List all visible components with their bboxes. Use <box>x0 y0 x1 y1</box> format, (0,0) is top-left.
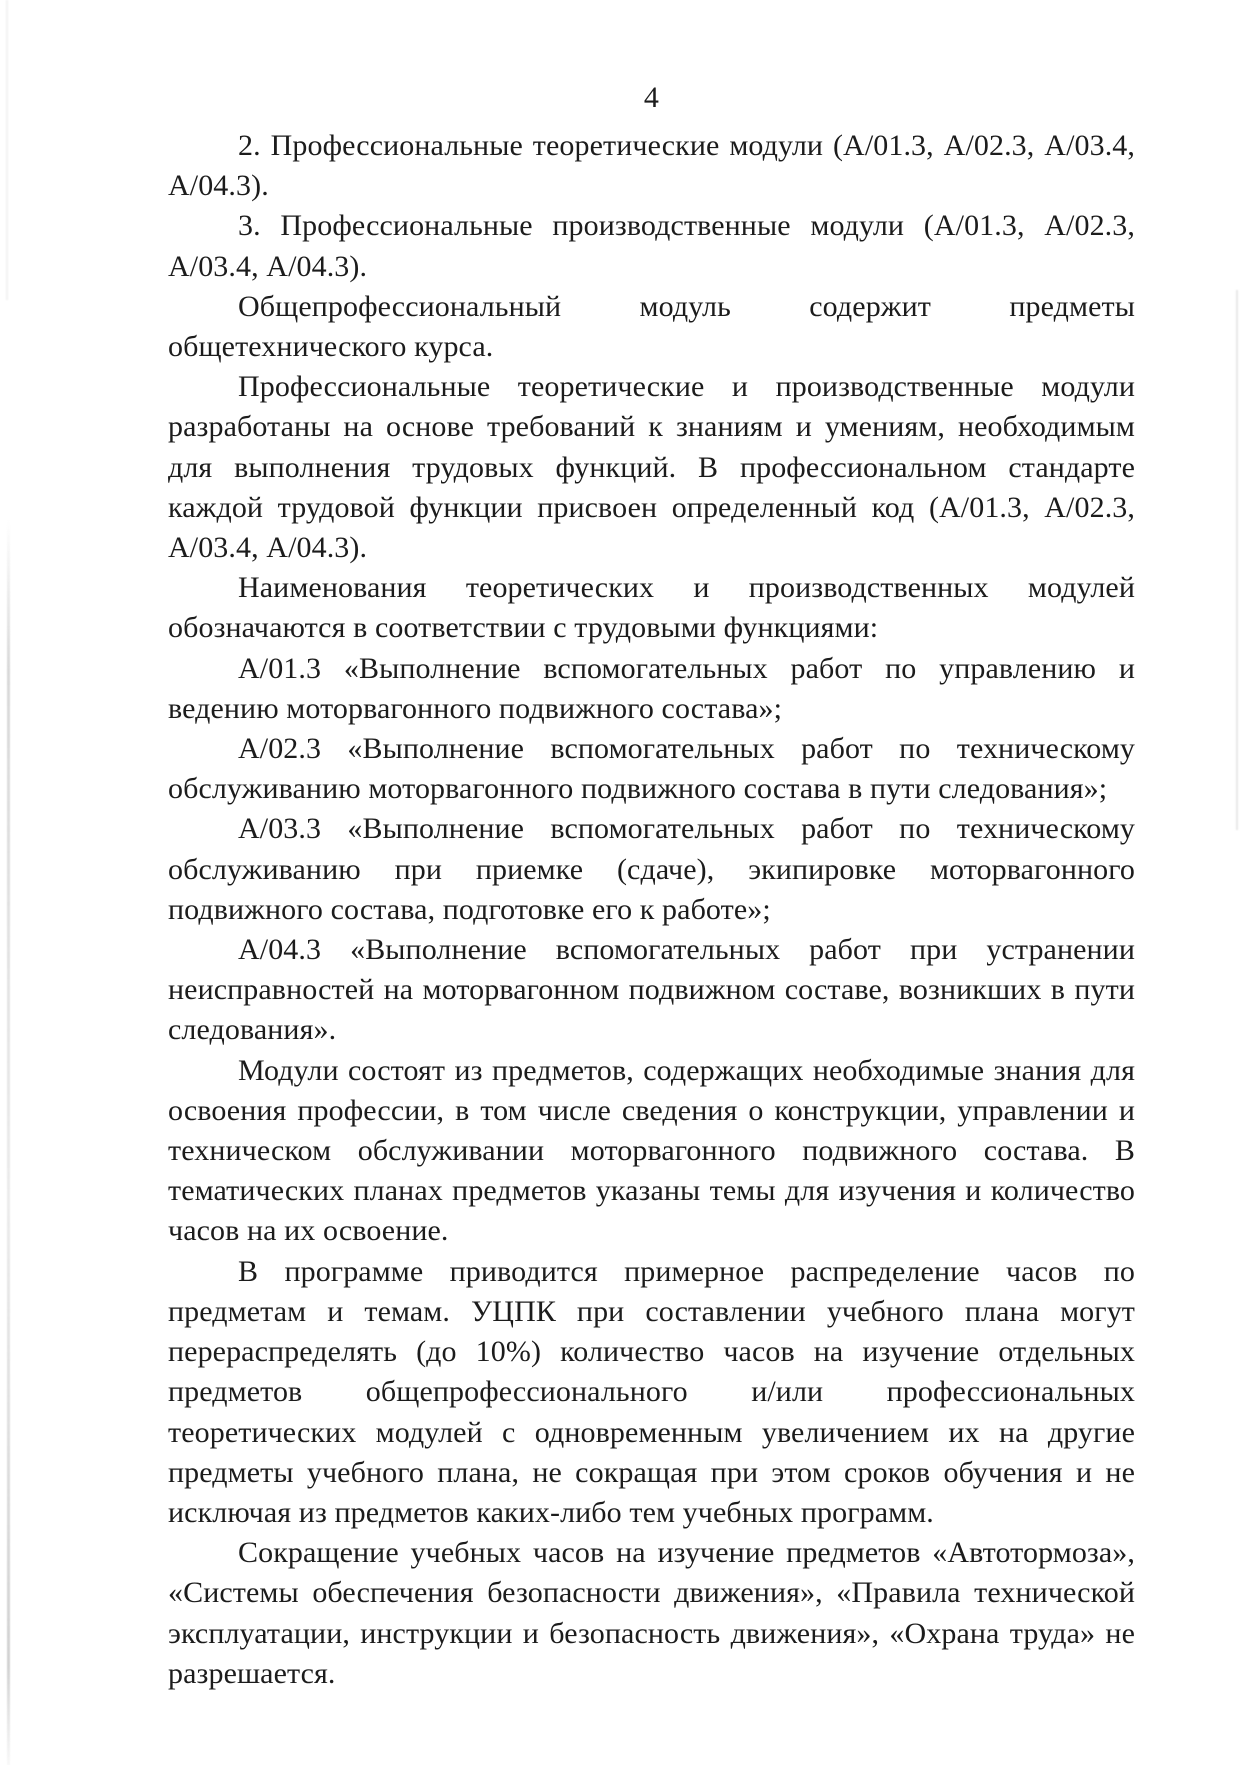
paragraph-list-item-3: 3. Профессиональные производственные мод… <box>168 206 1135 286</box>
scan-artifact-left-edge-top <box>6 0 8 300</box>
paragraph-code-a02: А/02.3 «Выполнение вспомогательных работ… <box>168 729 1135 809</box>
paragraph-hours-distribution: В программе приводится примерное распред… <box>168 1252 1135 1533</box>
document-body: 2. Профессиональные теоретические модули… <box>168 126 1135 1694</box>
scan-artifact-left-edge <box>7 520 10 1765</box>
page-number: 4 <box>168 80 1135 116</box>
paragraph-module-naming: Наименования теоретических и производств… <box>168 568 1135 648</box>
paragraph-general-module: Общепрофессиональный модуль содержит пре… <box>168 287 1135 367</box>
document-page: 4 2. Профессиональные теоретические моду… <box>0 0 1255 1765</box>
paragraph-hours-reduction-ban: Сокращение учебных часов на изучение пре… <box>168 1533 1135 1694</box>
paragraph-code-a04: А/04.3 «Выполнение вспомогательных работ… <box>168 930 1135 1051</box>
paragraph-list-item-2: 2. Профессиональные теоретические модули… <box>168 126 1135 206</box>
scan-artifact-right-edge <box>1236 290 1238 830</box>
paragraph-modules-subjects: Модули состоят из предметов, содержащих … <box>168 1051 1135 1252</box>
paragraph-code-a01: А/01.3 «Выполнение вспомогательных работ… <box>168 649 1135 729</box>
paragraph-modules-developed: Профессиональные теоретические и произво… <box>168 367 1135 568</box>
paragraph-code-a03: А/03.3 «Выполнение вспомогательных работ… <box>168 809 1135 930</box>
